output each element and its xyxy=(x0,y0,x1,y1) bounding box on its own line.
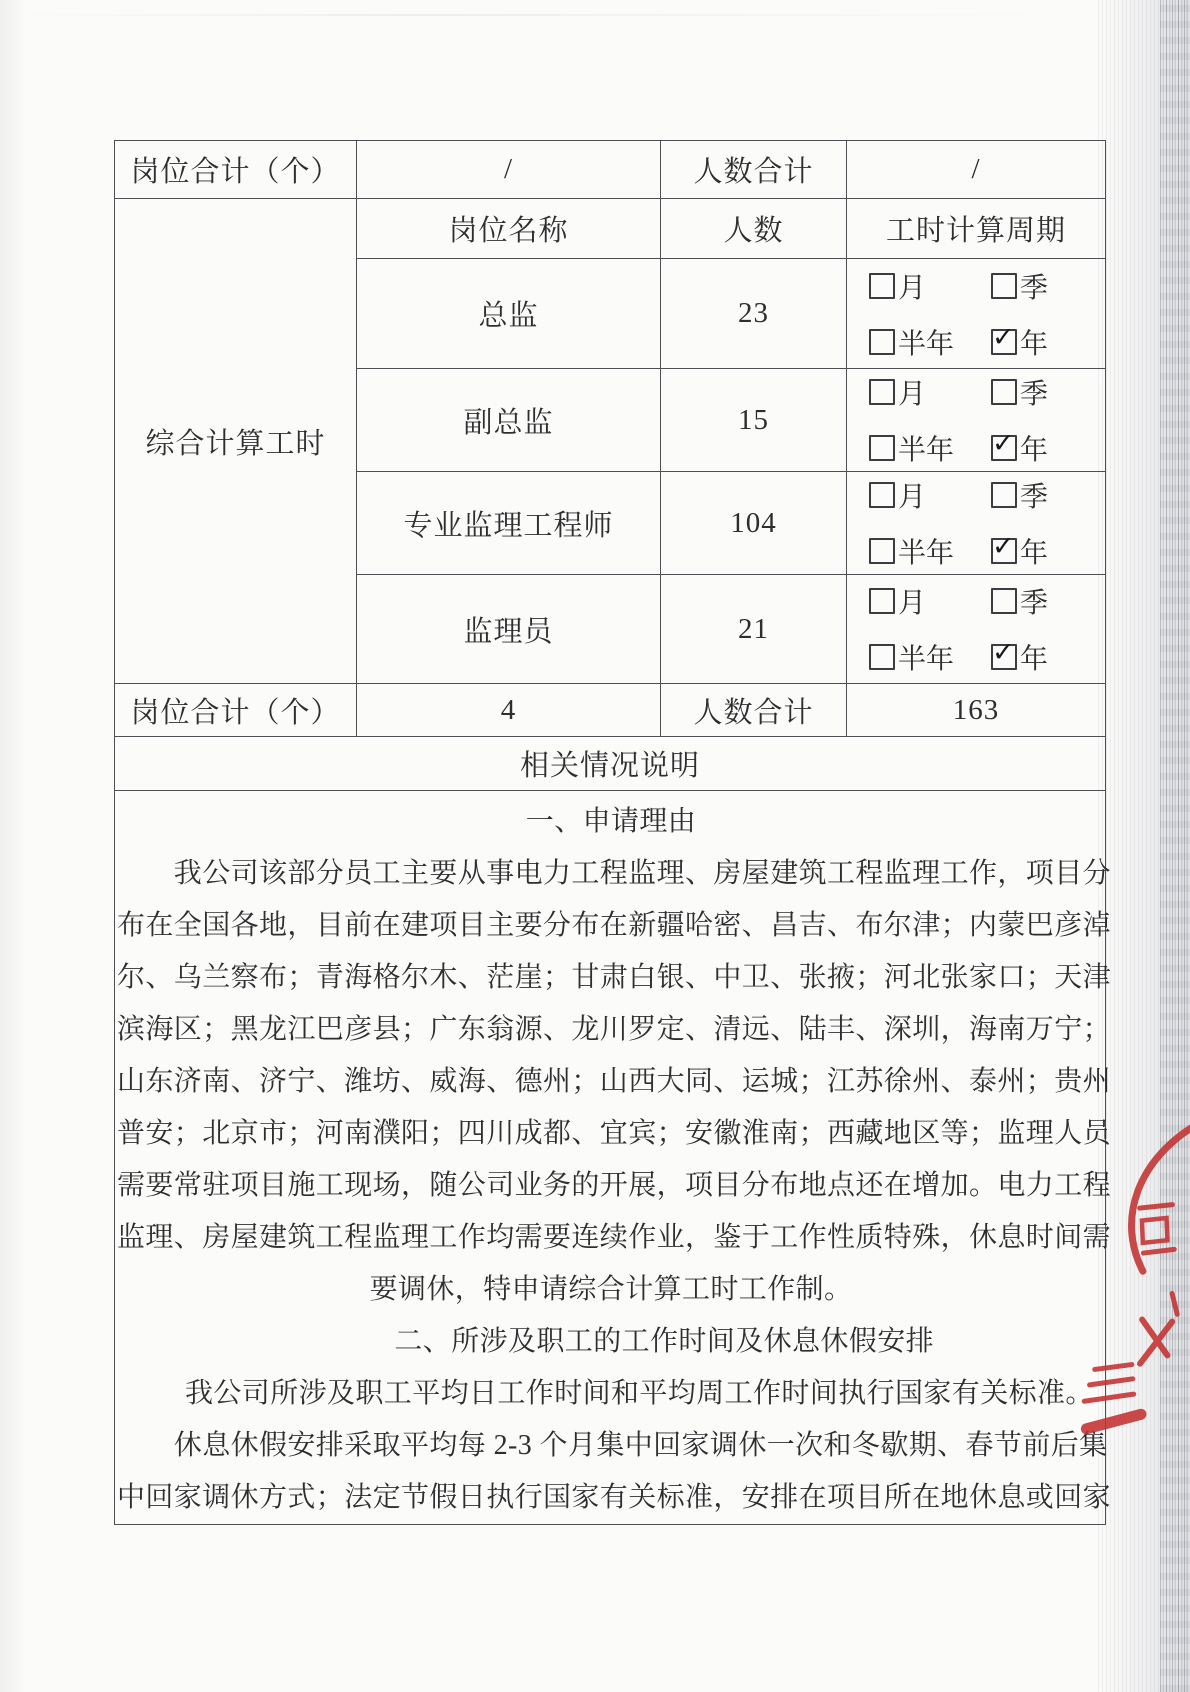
table-row: 一、申请理由 我公司该部分员工主要从事电力工程监理、房屋建筑工程监理工作，项目分… xyxy=(115,791,1106,1525)
checkbox-month xyxy=(869,273,895,299)
cycle-cell: 月 季 半年 ✓年 xyxy=(847,259,1106,369)
column-header-headcount: 人数 xyxy=(661,199,847,259)
checkbox-halfyear xyxy=(869,644,895,670)
scan-top-edge-artifact xyxy=(0,14,1050,16)
positions-total-value: 4 xyxy=(357,684,661,737)
checkbox-halfyear xyxy=(869,329,895,355)
checkbox-quarter xyxy=(991,588,1017,614)
checkbox-quarter xyxy=(991,379,1017,405)
checkbox-month xyxy=(869,379,895,405)
checkbox-year-checked: ✓ xyxy=(991,435,1017,461)
checkbox-halfyear xyxy=(869,435,895,461)
notes-line: 布在全国各地，目前在建项目主要分布在新疆哈密、昌吉、布尔津；内蒙巴彦淖 xyxy=(117,900,1105,952)
checkbox-year-checked: ✓ xyxy=(991,329,1017,355)
table-row: 岗位合计（个） 4 人数合计 163 xyxy=(115,684,1106,737)
table-row: 岗位合计（个） / 人数合计 / xyxy=(115,141,1106,199)
checkbox-halfyear-label: 半年 xyxy=(898,428,954,468)
checkbox-quarter-label: 季 xyxy=(1020,372,1048,412)
scanned-document-page: { "document": { "table": { "top_summary"… xyxy=(0,0,1190,1692)
checkbox-month xyxy=(869,588,895,614)
scan-left-edge-artifact xyxy=(0,0,26,1692)
position-count: 104 xyxy=(661,472,847,575)
check-mark-icon: ✓ xyxy=(992,531,1015,562)
position-count: 21 xyxy=(661,575,847,684)
cycle-cell: 月 季 半年 ✓年 xyxy=(847,369,1106,472)
checkbox-halfyear-label: 半年 xyxy=(898,322,954,362)
checkbox-halfyear xyxy=(869,538,895,564)
checkbox-month-label: 月 xyxy=(898,475,926,515)
notes-section-title: 相关情况说明 xyxy=(115,737,1106,791)
check-mark-icon: ✓ xyxy=(992,428,1015,459)
notes-line: 休息休假安排采取平均每 2-3 个月集中回家调休一次和冬歇期、春节前后集 xyxy=(117,1420,1105,1472)
positions-total-value: / xyxy=(357,141,661,199)
cycle-cell: 月 季 半年 ✓年 xyxy=(847,472,1106,575)
check-mark-icon: ✓ xyxy=(992,322,1015,353)
position-count: 23 xyxy=(661,259,847,369)
label-positions-total: 岗位合计（个） xyxy=(115,684,357,737)
notes-line: 要调休，特申请综合计算工时工作制。 xyxy=(117,1264,1105,1316)
position-name: 总监 xyxy=(357,259,661,369)
checkbox-year-label: 年 xyxy=(1020,637,1048,677)
notes-line: 需要常驻项目施工现场，随公司业务的开展，项目分布地点还在增加。电力工程 xyxy=(117,1160,1105,1212)
checkbox-quarter xyxy=(991,482,1017,508)
column-header-cycle: 工时计算周期 xyxy=(847,199,1106,259)
checkbox-quarter-label: 季 xyxy=(1020,581,1048,621)
checkbox-year-label: 年 xyxy=(1020,531,1048,571)
column-header-position-name: 岗位名称 xyxy=(357,199,661,259)
notes-line: 普安；北京市；河南濮阳；四川成都、宜宾；安徽淮南；西藏地区等；监理人员 xyxy=(117,1108,1105,1160)
notes-text-block: 一、申请理由 我公司该部分员工主要从事电力工程监理、房屋建筑工程监理工作，项目分… xyxy=(115,791,1105,1524)
check-mark-icon: ✓ xyxy=(992,637,1015,668)
position-name: 监理员 xyxy=(357,575,661,684)
checkbox-month-label: 月 xyxy=(898,266,926,306)
notes-line: 二、所涉及职工的工作时间及休息休假安排 xyxy=(117,1316,1105,1368)
label-people-total: 人数合计 xyxy=(661,141,847,199)
notes-line: 一、申请理由 xyxy=(117,796,1105,848)
table-row: 相关情况说明 xyxy=(115,737,1106,791)
checkbox-quarter-label: 季 xyxy=(1020,475,1048,515)
checkbox-halfyear-label: 半年 xyxy=(898,637,954,677)
notes-line: 监理、房屋建筑工程监理工作均需要连续作业，鉴于工作性质特殊，休息时间需 xyxy=(117,1212,1105,1264)
table-row: 综合计算工时 岗位名称 人数 工时计算周期 xyxy=(115,199,1106,259)
position-name: 专业监理工程师 xyxy=(357,472,661,575)
position-name: 副总监 xyxy=(357,369,661,472)
checkbox-halfyear-label: 半年 xyxy=(898,531,954,571)
checkbox-year-label: 年 xyxy=(1020,428,1048,468)
position-count: 15 xyxy=(661,369,847,472)
checkbox-year-checked: ✓ xyxy=(991,538,1017,564)
notes-line: 中回家调休方式；法定节假日执行国家有关标准，安排在项目所在地休息或回家 xyxy=(117,1472,1105,1524)
checkbox-month-label: 月 xyxy=(898,581,926,621)
checkbox-quarter xyxy=(991,273,1017,299)
people-total-value: 163 xyxy=(847,684,1106,737)
notes-line: 滨海区；黑龙江巴彦县；广东翁源、龙川罗定、清远、陆丰、深圳，海南万宁； xyxy=(117,1004,1105,1056)
checkbox-quarter-label: 季 xyxy=(1020,266,1048,306)
checkbox-year-checked: ✓ xyxy=(991,644,1017,670)
checkbox-month-label: 月 xyxy=(898,372,926,412)
notes-cell: 一、申请理由 我公司该部分员工主要从事电力工程监理、房屋建筑工程监理工作，项目分… xyxy=(115,791,1106,1525)
people-total-value: / xyxy=(847,141,1106,199)
working-hours-application-table: 岗位合计（个） / 人数合计 / 综合计算工时 岗位名称 人数 工时计算周期 总… xyxy=(114,140,1106,1525)
cycle-cell: 月 季 半年 ✓年 xyxy=(847,575,1106,684)
merged-label-comprehensive-hours: 综合计算工时 xyxy=(115,199,357,684)
label-positions-total: 岗位合计（个） xyxy=(115,141,357,199)
notes-line: 我公司所涉及职工平均日工作时间和平均周工作时间执行国家有关标准。 xyxy=(117,1368,1105,1420)
notes-line: 山东济南、济宁、潍坊、威海、德州；山西大同、运城；江苏徐州、泰州；贵州 xyxy=(117,1056,1105,1108)
label-people-total: 人数合计 xyxy=(661,684,847,737)
checkbox-year-label: 年 xyxy=(1020,322,1048,362)
notes-line: 我公司该部分员工主要从事电力工程监理、房屋建筑工程监理工作，项目分 xyxy=(117,848,1105,900)
notes-line: 尔、乌兰察布；青海格尔木、茫崖；甘肃白银、中卫、张掖；河北张家口；天津 xyxy=(117,952,1105,1004)
checkbox-month xyxy=(869,482,895,508)
red-stamp-fragment xyxy=(1078,1112,1190,1442)
